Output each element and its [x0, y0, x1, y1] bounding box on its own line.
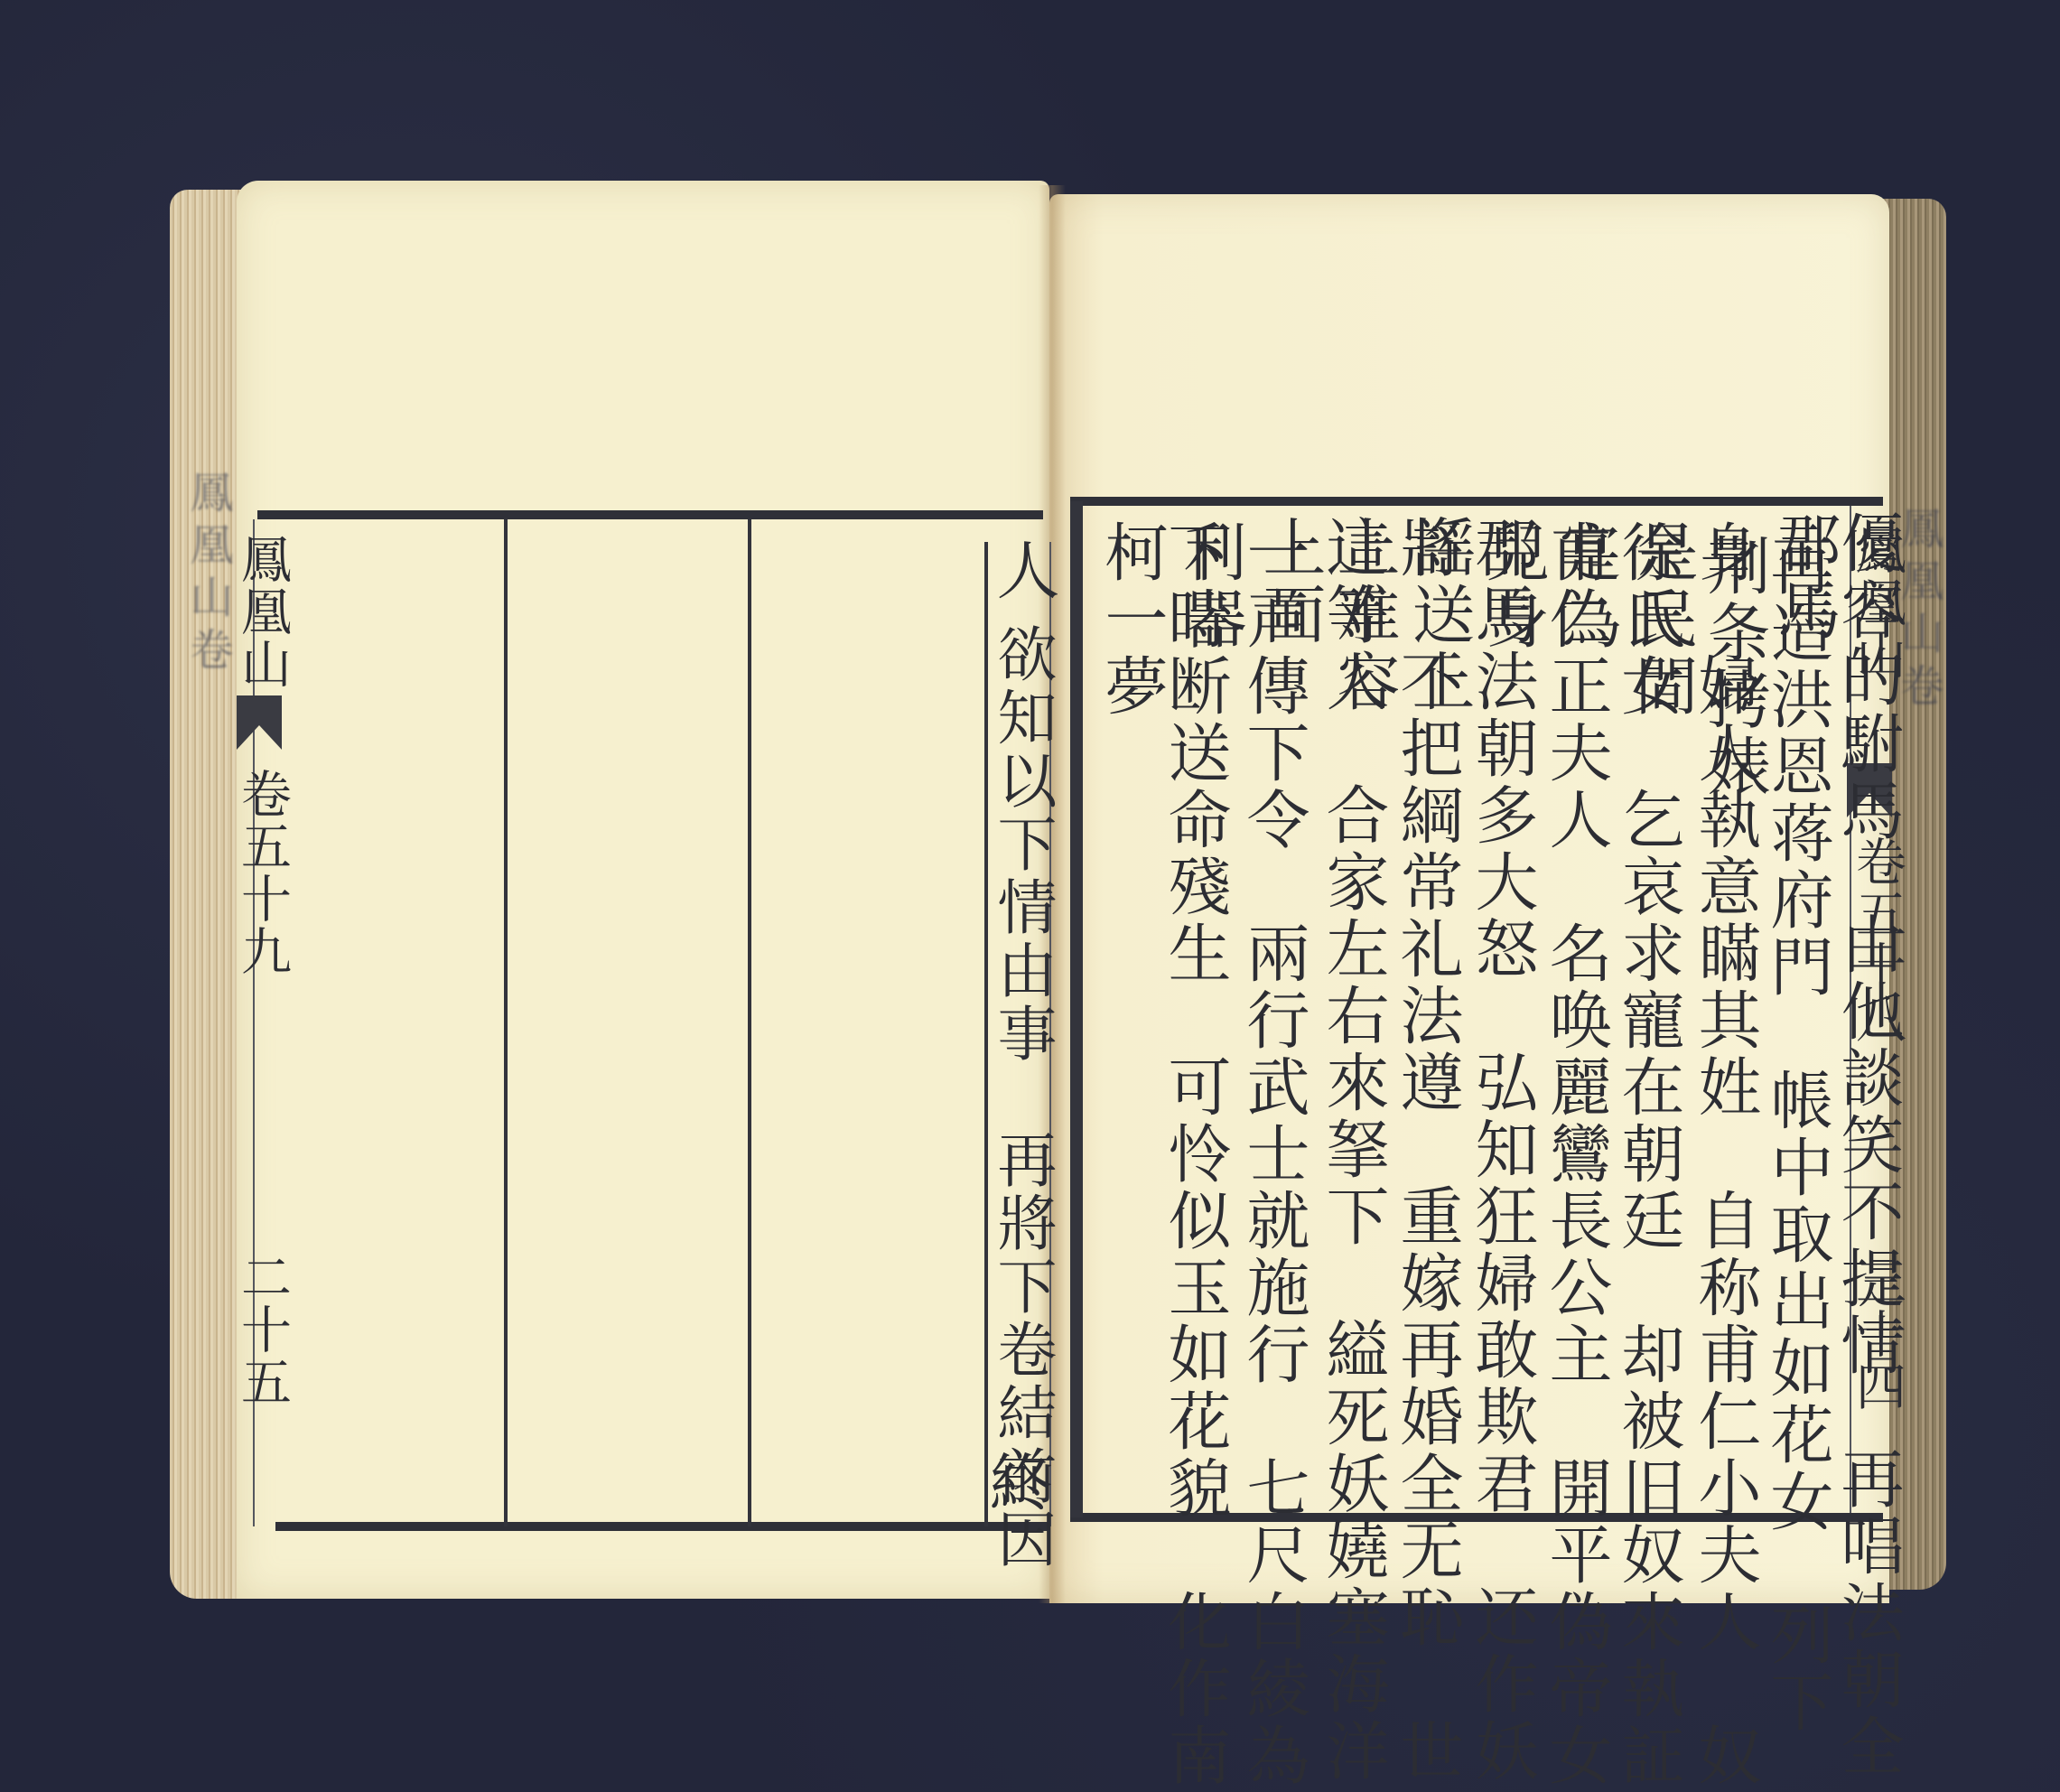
left-frame-top-border [257, 510, 1043, 519]
left-column-rule [504, 519, 508, 1526]
left-banxin-folio: 二十五 [237, 1251, 287, 1408]
right-frame-top-border [1070, 497, 1883, 506]
left-end-mark: 終 [984, 1450, 1048, 1517]
right-frame-left-border [1070, 501, 1083, 1517]
left-text-column-1: 人 [992, 537, 1055, 604]
left-edge-ink-bleed: 鳳凰山卷 [177, 470, 239, 679]
left-banxin-juan: 卷五十九 [237, 768, 287, 977]
right-text-column-10: 下時断送命殘生 可怜似玉如花貌 化作南柯一夢 [1100, 519, 1226, 1792]
left-page [237, 181, 1049, 1599]
left-banxin-title: 鳳凰山 [237, 533, 287, 690]
left-page-edge-stack [170, 190, 242, 1599]
left-text-column-2: 欲知以下情由事 再將下卷結前因 [992, 623, 1051, 1572]
left-column-rule [748, 519, 751, 1526]
left-frame-bottom-border [275, 1522, 1048, 1531]
